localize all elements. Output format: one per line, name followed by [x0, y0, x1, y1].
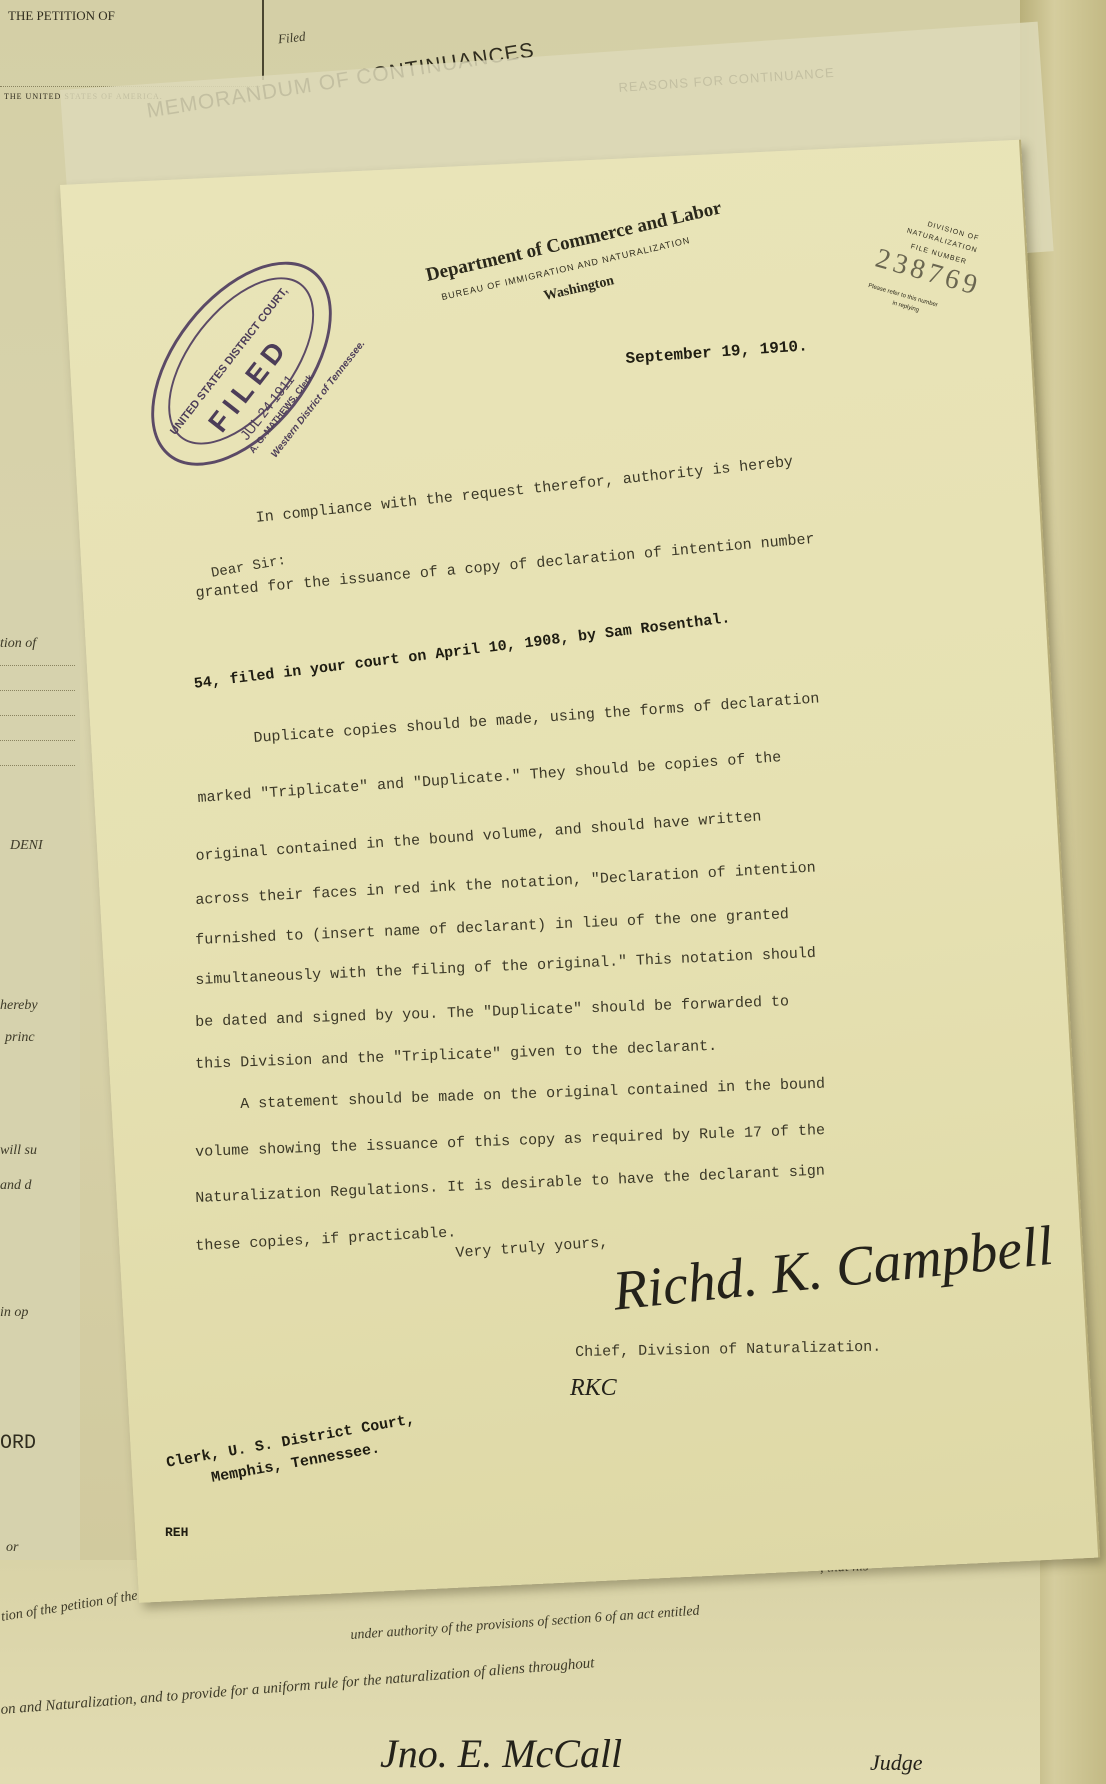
filed-label: Filed [277, 29, 306, 48]
body-line: granted for the issuance of a copy of de… [195, 531, 815, 602]
initials: RKC [570, 1375, 617, 1402]
body-line: Naturalization Regulations. It is desira… [195, 1163, 825, 1207]
petition-header: THE PETITION OF [8, 8, 115, 24]
judge-signature: Jno. E. McCall [380, 1730, 622, 1777]
rule [0, 665, 75, 666]
margin-fragment: will su [0, 1143, 37, 1159]
body-line: this Division and the "Triplicate" given… [195, 1038, 717, 1073]
bracket-line [262, 0, 264, 80]
margin-fragment: hereby [0, 998, 38, 1014]
body-line: Duplicate copies should be made, using t… [253, 690, 820, 747]
body-line: simultaneously with the filing of the or… [195, 945, 816, 989]
margin-fragment: ORD [0, 1432, 36, 1455]
margin-fragment: or [6, 1540, 18, 1556]
body-line: original contained in the bound volume, … [195, 808, 762, 865]
body-line: across their faces in red ink the notati… [195, 859, 816, 908]
margin-fragment: princ [5, 1030, 35, 1046]
margin-fragment: and d [0, 1178, 32, 1194]
body-line: volume showing the issuance of this copy… [195, 1122, 825, 1161]
body-line: furnished to (insert name of declarant) … [195, 906, 789, 949]
rule [0, 740, 75, 741]
body-line: marked "Triplicate" and "Duplicate." The… [197, 749, 782, 807]
body-line: be dated and signed by you. The "Duplica… [195, 993, 789, 1031]
margin-fragment: DENI [10, 838, 43, 854]
margin-fragment: in op [0, 1305, 28, 1321]
judge-label: Judge [870, 1750, 923, 1776]
rule [0, 690, 75, 691]
left-form-strip [0, 560, 80, 1560]
body-line: A statement should be made on the origin… [240, 1076, 825, 1113]
margin-fragment: tion of [0, 636, 36, 652]
body-line: these copies, if practicable. [195, 1224, 457, 1255]
rule [0, 715, 75, 716]
city-name: Washington [542, 273, 615, 305]
typist-initials: REH [165, 1525, 188, 1540]
rule [0, 765, 75, 766]
letter-body: In compliance with the request therefor,… [195, 500, 995, 1260]
body-line-case-details: 54, filed in your court on April 10, 190… [193, 610, 731, 693]
